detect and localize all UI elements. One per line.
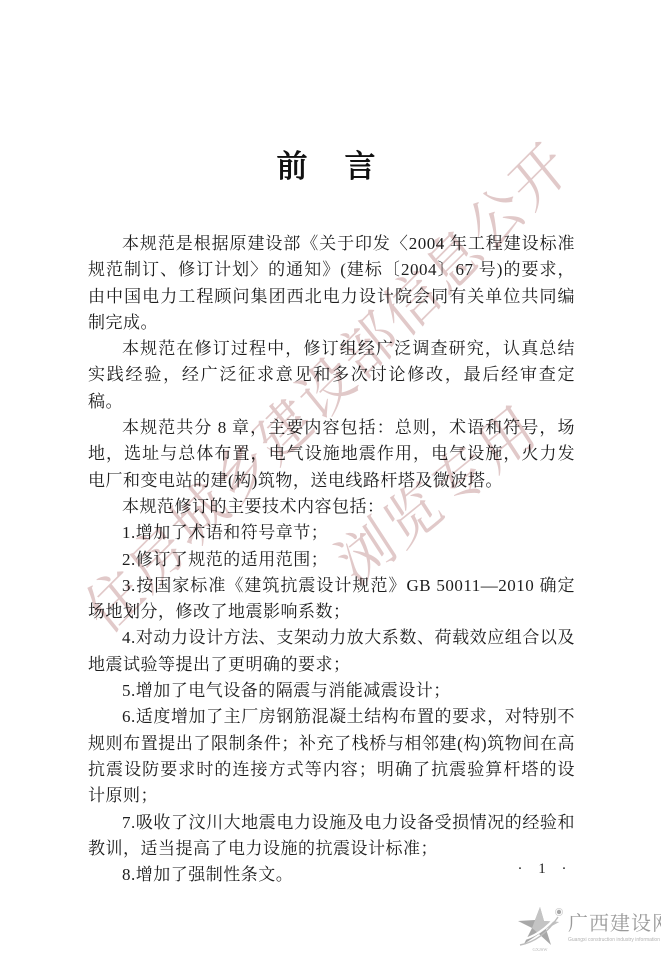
star-caption-text: GXJSW bbox=[532, 947, 548, 952]
body-paragraph: 6.适度增加了主厂房钢筋混凝土结构布置的要求，对特别不规则布置提出了限制条件；补… bbox=[88, 704, 575, 809]
body-paragraph: 本规范修订的主要技术内容包括： bbox=[88, 494, 575, 520]
logo-name: 广西建设网 bbox=[568, 913, 661, 935]
page-number: · 1 · bbox=[510, 861, 580, 878]
body-paragraph: 本规范共分 8 章，主要内容包括：总则，术语和符号，场地，选址与总体布置，电气设… bbox=[88, 415, 575, 494]
body-text: 本规范是根据原建设部《关于印发〈2004 年工程建设标准规范制订、修订计划〉的通… bbox=[88, 231, 575, 888]
document-page: 前 言 本规范是根据原建设部《关于印发〈2004 年工程建设标准规范制订、修订计… bbox=[0, 0, 661, 958]
body-paragraph: 8.增加了强制性条文。 bbox=[88, 862, 575, 888]
site-logo: GXJSW 广西建设网 Guangxi construction industr… bbox=[514, 900, 661, 954]
body-paragraph: 3.按国家标准《建筑抗震设计规范》GB 50011—2010 确定场地划分，修改… bbox=[88, 573, 575, 626]
body-paragraph: 2.修订了规范的适用范围； bbox=[88, 547, 575, 573]
body-paragraph: 本规范是根据原建设部《关于印发〈2004 年工程建设标准规范制订、修订计划〉的通… bbox=[88, 231, 575, 336]
body-paragraph: 7.吸收了汶川大地震电力设施及电力设备受损情况的经验和教训，适当提高了电力设施的… bbox=[88, 810, 575, 863]
logo-tagline: Guangxi construction industry informatio… bbox=[568, 937, 661, 943]
page-title: 前 言 bbox=[60, 149, 595, 185]
body-paragraph: 4.对动力设计方法、支架动力放大系数、荷载效应组合以及地震试验等提出了更明确的要… bbox=[88, 625, 575, 678]
body-paragraph: 本规范在修订过程中，修订组经广泛调查研究，认真总结实践经验，经广泛征求意见和多次… bbox=[88, 336, 575, 415]
star-icon: GXJSW bbox=[514, 900, 566, 954]
logo-text-block: 广西建设网 Guangxi construction industry info… bbox=[568, 913, 661, 943]
body-paragraph: 1.增加了术语和符号章节； bbox=[88, 520, 575, 546]
body-paragraph: 5.增加了电气设备的隔震与消能减震设计； bbox=[88, 678, 575, 704]
